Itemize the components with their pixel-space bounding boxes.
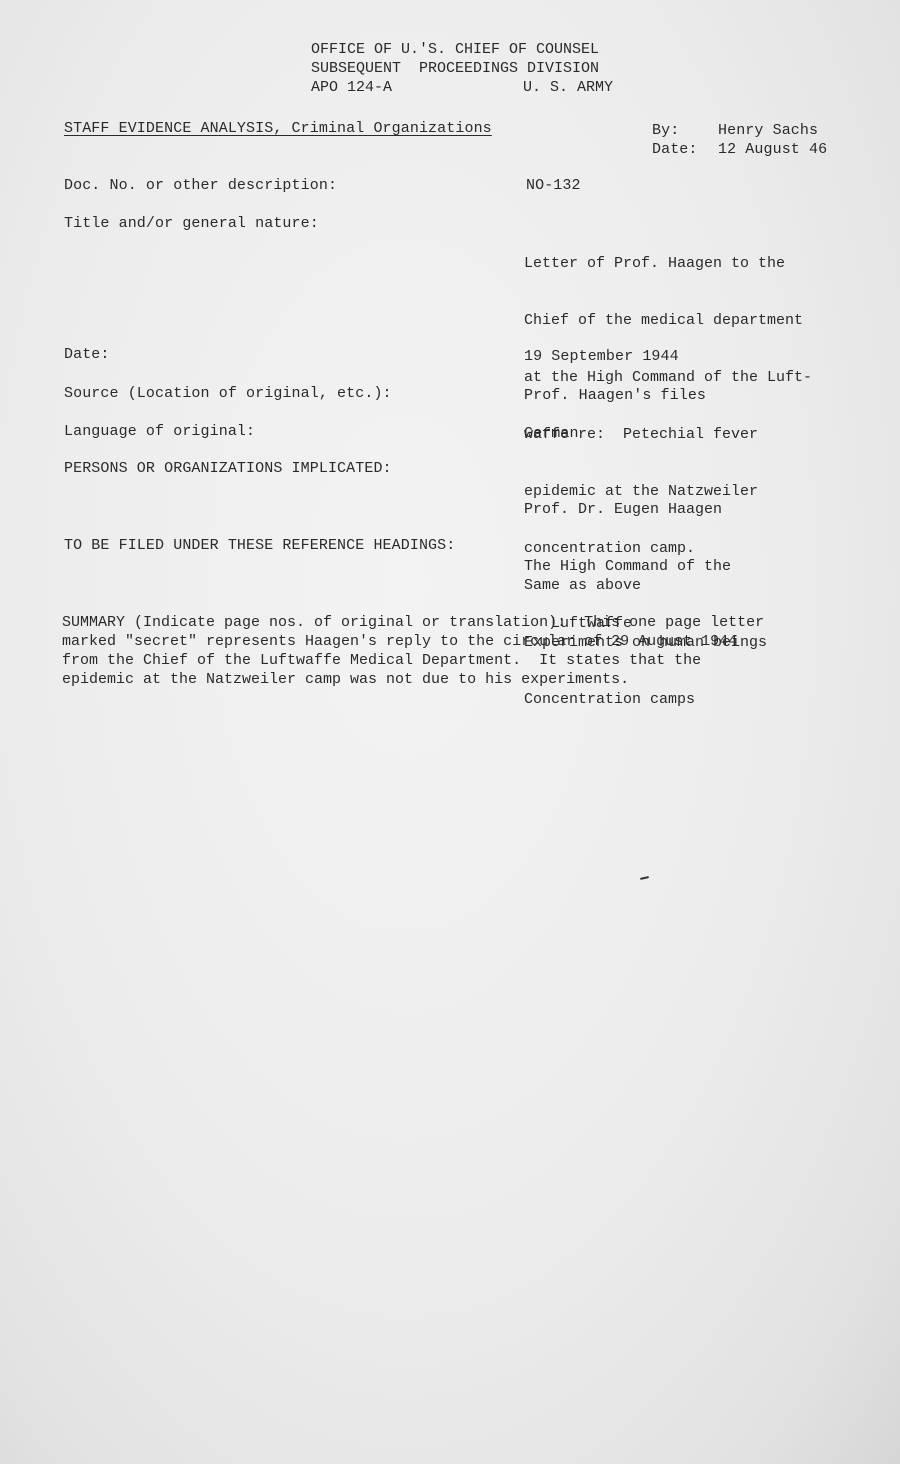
summary-line: from the Chief of the Luftwaffe Medical … [62, 651, 802, 670]
summary-line: epidemic at the Natzweiler camp was not … [62, 670, 802, 689]
document-page: OFFICE OF U.'S. CHIEF OF COUNSEL SUBSEQU… [0, 0, 900, 1464]
letterhead-division: SUBSEQUENT PROCEEDINGS DIVISION [311, 59, 599, 78]
doc-no-value: NO-132 [526, 176, 581, 195]
date-value: 19 September 1944 [524, 347, 679, 366]
persons-line: Prof. Dr. Eugen Haagen [524, 500, 731, 519]
title-line: Chief of the medical department [524, 311, 812, 330]
letterhead-office: OFFICE OF U.'S. CHIEF OF COUNSEL [311, 40, 599, 59]
summary-line: SUMMARY (Indicate page nos. of original … [62, 613, 802, 632]
headings-label: TO BE FILED UNDER THESE REFERENCE HEADIN… [64, 536, 455, 555]
date-label: Date: [64, 345, 110, 364]
letterhead-army: U. S. ARMY [523, 78, 613, 97]
language-label: Language of original: [64, 422, 255, 441]
language-value: German [524, 424, 579, 443]
author-date-value: 12 August 46 [718, 140, 827, 159]
author-by-label: By: [652, 121, 679, 140]
doc-no-label: Doc. No. or other description: [64, 176, 337, 195]
letterhead: OFFICE OF U.'S. CHIEF OF COUNSEL SUBSEQU… [311, 40, 613, 97]
heading-line: Concentration camps [524, 690, 767, 709]
title-label: Title and/or general nature: [64, 214, 319, 233]
author-name: Henry Sachs [718, 121, 818, 140]
letterhead-apo: APO 124-A [311, 78, 392, 97]
source-value: Prof. Haagen's files [524, 386, 706, 405]
heading-line: Same as above [524, 576, 767, 595]
stray-mark [640, 876, 649, 880]
author-date-label: Date: [652, 140, 698, 159]
summary: SUMMARY (Indicate page nos. of original … [62, 613, 802, 689]
summary-line: marked "secret" represents Haagen's repl… [62, 632, 802, 651]
title-line: Letter of Prof. Haagen to the [524, 254, 812, 273]
persons-label: PERSONS OR ORGANIZATIONS IMPLICATED: [64, 459, 392, 478]
analysis-title: STAFF EVIDENCE ANALYSIS, Criminal Organi… [64, 119, 492, 138]
title-line: at the High Command of the Luft- [524, 368, 812, 387]
source-label: Source (Location of original, etc.): [64, 384, 392, 403]
